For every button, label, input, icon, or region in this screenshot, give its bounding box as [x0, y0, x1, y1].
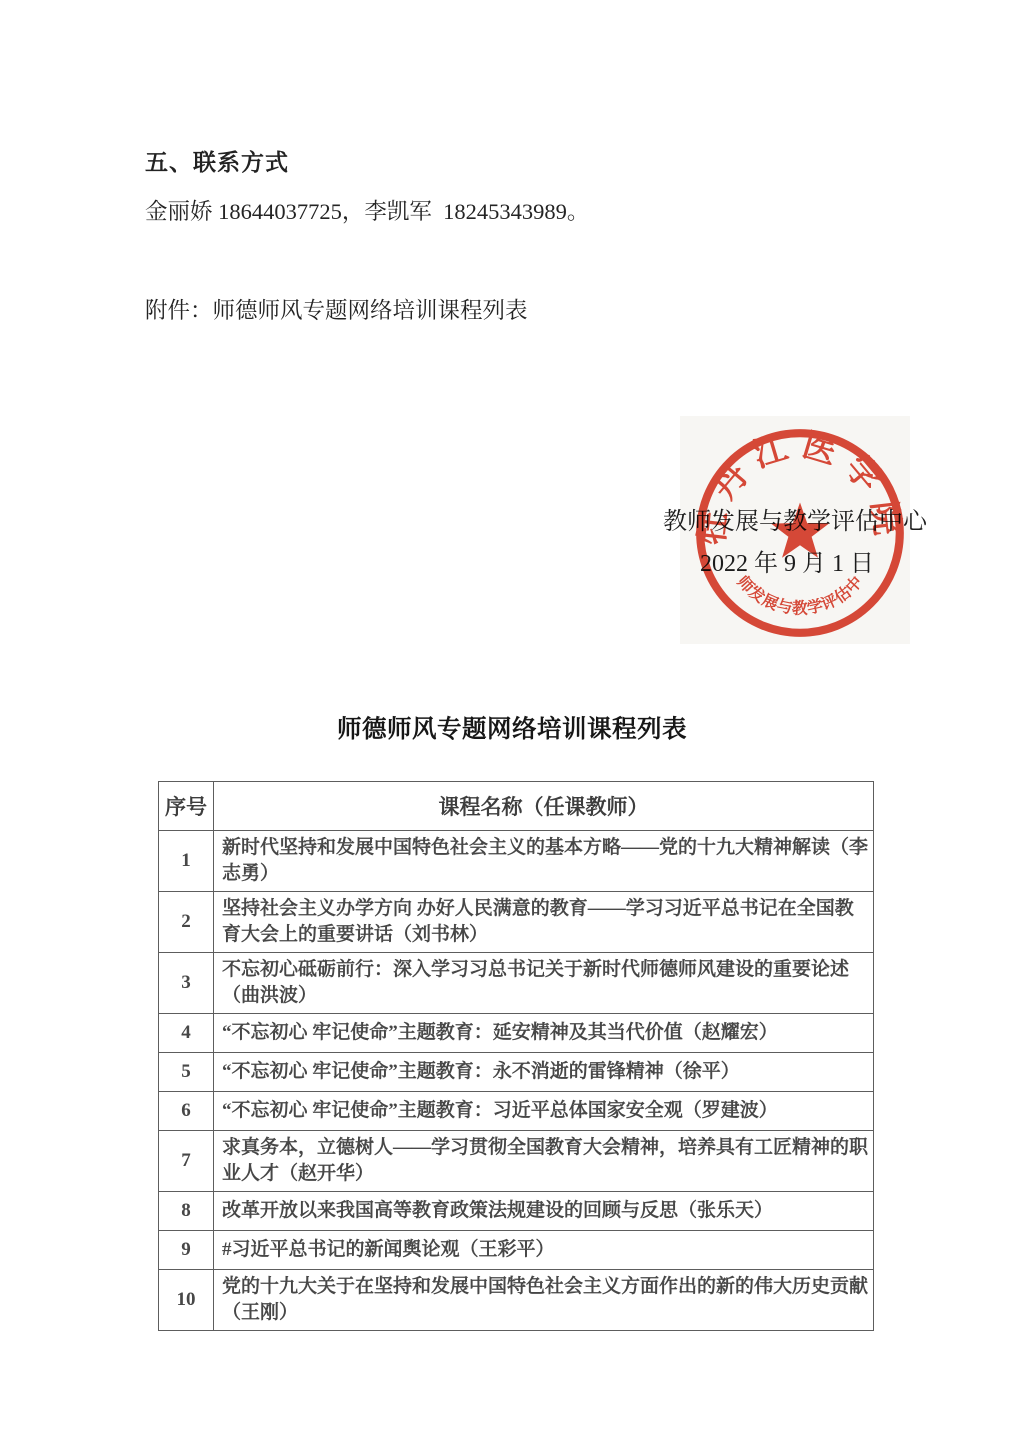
column-header-index: 序号	[159, 782, 214, 831]
section-heading: 五、联系方式	[145, 144, 289, 177]
table-row: 3 不忘初心砥砺前行：深入学习习总书记关于新时代师德师风建设的重要论述（曲洪波）	[159, 953, 874, 1014]
column-header-course: 课程名称（任课教师）	[214, 782, 874, 831]
row-index: 1	[159, 831, 214, 892]
row-index: 8	[159, 1192, 214, 1231]
table-row: 7 求真务本，立德树人——学习贯彻全国教育大会精神，培养具有工匠精神的职业人才（…	[159, 1131, 874, 1192]
row-index: 5	[159, 1053, 214, 1092]
table-row: 9 #习近平总书记的新闻舆论观（王彩平）	[159, 1231, 874, 1270]
row-course: “不忘初心 牢记使命”主题教育：习近平总体国家安全观（罗建波）	[214, 1092, 874, 1131]
row-index: 10	[159, 1270, 214, 1331]
row-course: 不忘初心砥砺前行：深入学习习总书记关于新时代师德师风建设的重要论述（曲洪波）	[214, 953, 874, 1014]
table-row: 5 “不忘初心 牢记使命”主题教育：永不消逝的雷锋精神（徐平）	[159, 1053, 874, 1092]
row-course: #习近平总书记的新闻舆论观（王彩平）	[214, 1231, 874, 1270]
table-row: 1 新时代坚持和发展中国特色社会主义的基本方略——党的十九大精神解读（李志勇）	[159, 831, 874, 892]
contact-info: 金丽娇 18644037725，李凯军 18245343989。	[145, 194, 589, 226]
attachment-label: 附件：师德师风专题网络培训课程列表	[145, 293, 528, 325]
row-course: 党的十九大关于在坚持和发展中国特色社会主义方面作出的新的伟大历史贡献（王刚）	[214, 1270, 874, 1331]
row-course: “不忘初心 牢记使命”主题教育：延安精神及其当代价值（赵耀宏）	[214, 1014, 874, 1053]
row-index: 4	[159, 1014, 214, 1053]
row-course: 求真务本，立德树人——学习贯彻全国教育大会精神，培养具有工匠精神的职业人才（赵开…	[214, 1131, 874, 1192]
star-icon	[771, 502, 829, 557]
document-page: 五、联系方式 金丽娇 18644037725，李凯军 18245343989。 …	[0, 0, 1024, 1448]
row-course: 新时代坚持和发展中国特色社会主义的基本方略——党的十九大精神解读（李志勇）	[214, 831, 874, 892]
table-header-row: 序号 课程名称（任课教师）	[159, 782, 874, 831]
course-table: 序号 课程名称（任课教师） 1 新时代坚持和发展中国特色社会主义的基本方略——党…	[158, 781, 874, 1331]
row-index: 6	[159, 1092, 214, 1131]
row-index: 9	[159, 1231, 214, 1270]
table-row: 4 “不忘初心 牢记使命”主题教育：延安精神及其当代价值（赵耀宏）	[159, 1014, 874, 1053]
row-course: 改革开放以来我国高等教育政策法规建设的回顾与反思（张乐天）	[214, 1192, 874, 1231]
official-seal-icon: 牡丹江医学院 教师发展与教学评估中心	[688, 421, 912, 645]
row-index: 3	[159, 953, 214, 1014]
table-title: 师德师风专题网络培训课程列表	[0, 710, 1024, 745]
row-index: 7	[159, 1131, 214, 1192]
table-row: 10 党的十九大关于在坚持和发展中国特色社会主义方面作出的新的伟大历史贡献（王刚…	[159, 1270, 874, 1331]
row-course: 坚持社会主义办学方向 办好人民满意的教育——学习习近平总书记在全国教育大会上的重…	[214, 892, 874, 953]
row-index: 2	[159, 892, 214, 953]
table-row: 2 坚持社会主义办学方向 办好人民满意的教育——学习习近平总书记在全国教育大会上…	[159, 892, 874, 953]
row-course: “不忘初心 牢记使命”主题教育：永不消逝的雷锋精神（徐平）	[214, 1053, 874, 1092]
table-row: 8 改革开放以来我国高等教育政策法规建设的回顾与反思（张乐天）	[159, 1192, 874, 1231]
table-row: 6 “不忘初心 牢记使命”主题教育：习近平总体国家安全观（罗建波）	[159, 1092, 874, 1131]
